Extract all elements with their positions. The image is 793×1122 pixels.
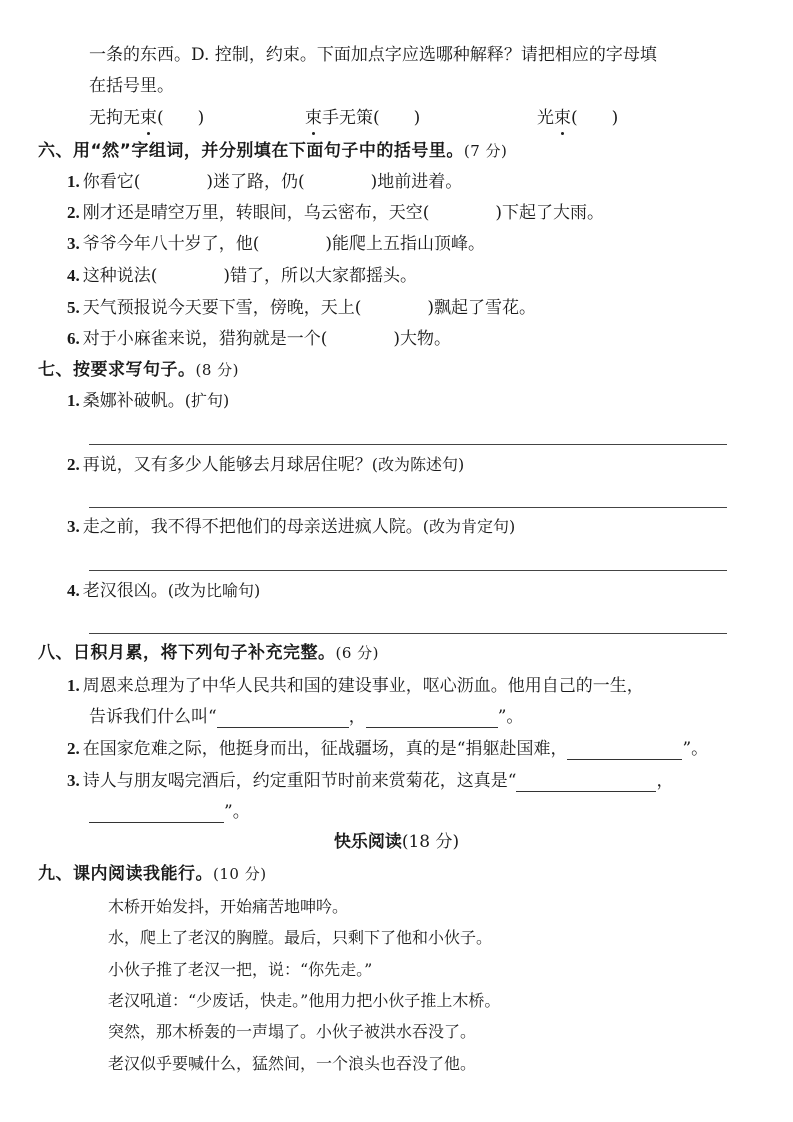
item-hint: (改为陈述句) (372, 455, 465, 474)
item-number: 1. (67, 391, 80, 410)
item-number: 3. (67, 517, 80, 536)
q6-item-6: 6.对于小麻雀来说，猎狗就是一个()大物。 (67, 328, 451, 350)
item-number: 2. (67, 203, 80, 222)
item-text: 对于小麻雀来说，猎狗就是一个( (83, 329, 328, 349)
item-text: 爷爷今年八十岁了，他( (83, 234, 260, 254)
section-title: 六、用“然”字组词，并分别填在下面句子中的括号里。 (38, 141, 464, 161)
item-number: 1. (67, 172, 80, 191)
item-number: 1. (67, 676, 80, 695)
item-text: )迷了路，仍( (206, 172, 304, 192)
answer-paren[interactable]: ( ) (373, 108, 420, 128)
q5-text-line-2: 在括号里。 (89, 75, 174, 97)
item-text: )地前进着。 (371, 172, 463, 192)
passage-line-2: 水，爬上了老汉的胸膛。最后，只剩下了他和小伙子。 (108, 927, 492, 949)
q6-item-4: 4.这种说法()错了，所以大家都摇头。 (67, 265, 417, 287)
answer-line-3[interactable] (89, 570, 727, 571)
q6-item-5: 5.天气预报说今天要下雪，傍晚，天上()飘起了雪花。 (67, 297, 536, 319)
item-text: 老汉很凶。 (83, 581, 168, 601)
reading-heading: 快乐阅读(18 分) (0, 831, 793, 853)
item-text: )下起了大雨。 (495, 203, 604, 223)
answer-paren[interactable]: ( ) (571, 108, 618, 128)
section-title: 九、课内阅读我能行。 (38, 864, 213, 884)
item-text: 走之前，我不得不把他们的母亲送进疯人院。 (83, 517, 423, 537)
answer-line-2[interactable] (89, 507, 727, 508)
item-text: 诗人与朋友喝完酒后，约定重阳节时前来赏菊花，这真是“ (83, 771, 517, 791)
item-text: 桑娜补破帆。 (83, 391, 185, 411)
passage-line-4: 老汉吼道：“少废话，快走。”他用力把小伙子推上木桥。 (108, 990, 500, 1012)
q5-word-1: 无拘无束( ) (89, 107, 204, 129)
q5-text-line-1: 一条的东西。D. 控制，约束。下面加点字应选哪种解释？请把相应的字母填 (89, 44, 657, 66)
item-number: 4. (67, 266, 80, 285)
section-score: (7 分) (464, 142, 508, 160)
q7-item-3: 3.走之前，我不得不把他们的母亲送进疯人院。(改为肯定句) (67, 516, 515, 538)
passage-line-1: 木桥开始发抖，开始痛苦地呻吟。 (108, 896, 348, 918)
q8-item-1-line-1: 1.周恩来总理为了中华人民共和国的建设事业，呕心沥血。他用自己的一生， (67, 675, 644, 697)
q7-title: 七、按要求写句子。(8 分) (38, 359, 239, 381)
answer-paren[interactable]: ( ) (157, 108, 204, 128)
answer-line-4[interactable] (89, 633, 727, 634)
q9-title: 九、课内阅读我能行。(10 分) (38, 863, 267, 885)
item-number: 4. (67, 581, 80, 600)
dotted-char: 束 (140, 107, 157, 129)
item-text: 再说，又有多少人能够去月球居住呢？ (83, 455, 372, 475)
item-text: 周恩来总理为了中华人民共和国的建设事业，呕心沥血。他用自己的一生， (83, 676, 644, 696)
item-number: 3. (67, 771, 80, 790)
q5-word-3: 光束( ) (537, 107, 618, 129)
item-number: 2. (67, 739, 80, 758)
section-score: (6 分) (336, 644, 380, 662)
word-text: 无拘无 (89, 108, 140, 128)
item-number: 3. (67, 234, 80, 253)
fill-line[interactable] (516, 773, 656, 792)
section-title: 八、日积月累，将下列句子补充完整。 (38, 643, 336, 663)
fill-line[interactable] (366, 709, 498, 728)
q5-word-2: 束手无策( ) (305, 107, 420, 129)
fill-line[interactable] (567, 741, 682, 760)
item-hint: (改为比喻句) (168, 581, 261, 600)
passage-line-6: 老汉似乎要喊什么，猛然间，一个浪头也吞没了他。 (108, 1053, 476, 1075)
q7-item-1: 1.桑娜补破帆。(扩句) (67, 390, 229, 412)
item-hint: (改为肯定句) (423, 517, 516, 536)
item-text: 刚才还是晴空万里，转眼间，乌云密布，天空( (83, 203, 430, 223)
q7-item-4: 4.老汉很凶。(改为比喻句) (67, 580, 260, 602)
passage-line-3: 小伙子推了老汉一把，说：“你先走。” (108, 959, 372, 981)
item-text: )大物。 (393, 329, 451, 349)
heading-score: (18 分) (402, 832, 459, 852)
item-text: 告诉我们什么叫“ (89, 707, 217, 727)
item-number: 5. (67, 298, 80, 317)
q6-item-3: 3.爷爷今年八十岁了，他()能爬上五指山顶峰。 (67, 233, 485, 255)
heading-text: 快乐阅读 (334, 832, 402, 852)
q6-title: 六、用“然”字组词，并分别填在下面句子中的括号里。(7 分) (38, 140, 507, 162)
passage-line-5: 突然，那木桥轰的一声塌了。小伙子被洪水吞没了。 (108, 1021, 476, 1043)
q8-item-3: 3.诗人与朋友喝完酒后，约定重阳节时前来赏菊花，这真是“， (67, 770, 673, 792)
item-text: ， (349, 707, 366, 727)
q8-item-2: 2.在国家危难之际，他挺身而出，征战疆场，真的是“捐躯赴国难，”。 (67, 738, 708, 760)
section-score: (10 分) (213, 865, 267, 883)
word-text: 光 (537, 108, 554, 128)
item-text: 这种说法( (83, 266, 158, 286)
item-text: ”。 (224, 802, 250, 822)
q8-title: 八、日积月累，将下列句子补充完整。(6 分) (38, 642, 379, 664)
item-text: )能爬上五指山顶峰。 (325, 234, 485, 254)
item-text: 你看它( (83, 172, 141, 192)
fill-line[interactable] (217, 709, 349, 728)
q6-item-2: 2.刚才还是晴空万里，转眼间，乌云密布，天空()下起了大雨。 (67, 202, 604, 224)
item-text: )飘起了雪花。 (427, 298, 536, 318)
answer-line-1[interactable] (89, 444, 727, 445)
item-text: 在国家危难之际，他挺身而出，征战疆场，真的是“捐躯赴国难， (83, 739, 568, 759)
item-hint: (扩句) (185, 391, 230, 410)
item-text: ”。 (682, 739, 708, 759)
item-text: ”。 (498, 707, 524, 727)
fill-line[interactable] (89, 804, 224, 823)
q6-item-1: 1.你看它()迷了路，仍()地前进着。 (67, 171, 462, 193)
item-number: 6. (67, 329, 80, 348)
item-text: )错了，所以大家都摇头。 (223, 266, 417, 286)
section-score: (8 分) (196, 361, 240, 379)
item-text: ， (656, 771, 673, 791)
q8-item-1-line-2: 告诉我们什么叫“，”。 (89, 706, 523, 728)
q7-item-2: 2.再说，又有多少人能够去月球居住呢？(改为陈述句) (67, 454, 464, 476)
section-title: 七、按要求写句子。 (38, 360, 196, 380)
item-number: 2. (67, 455, 80, 474)
dotted-char: 束 (554, 107, 571, 129)
q8-item-3-line-2: ”。 (89, 801, 250, 823)
item-text: 天气预报说今天要下雪，傍晚，天上( (83, 298, 362, 318)
word-text: 手无策 (322, 108, 373, 128)
dotted-char: 束 (305, 107, 322, 129)
